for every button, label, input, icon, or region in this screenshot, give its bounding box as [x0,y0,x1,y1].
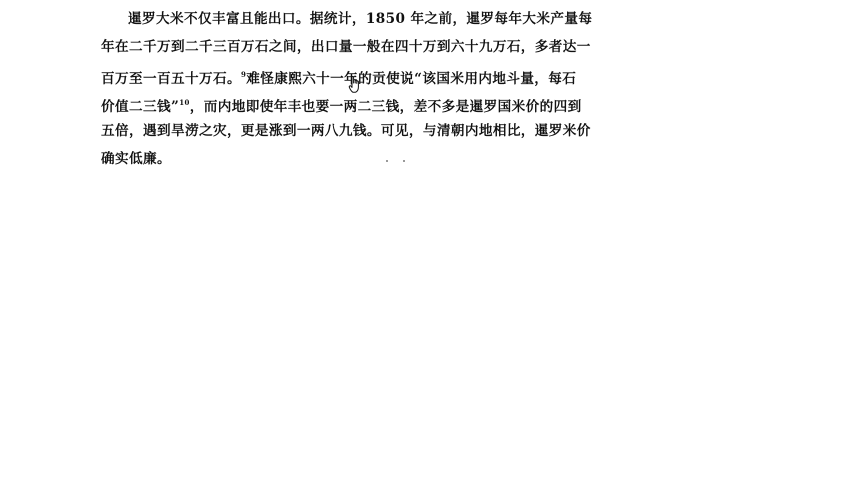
text-segment: ，而内地即使年丰也要一两二三钱，差不多是暹罗国米价的四到 [190,99,582,115]
text-line-4: 价值二三钱”10，而内地即使年丰也要一两二三钱，差不多是暹罗国米价的四到 [101,89,571,117]
body-paragraph: 暹罗大米不仅丰富且能出口。据统计，1850 年之前，暹罗每年大米产量每 年在二千… [101,5,571,173]
text-segment: 难怪康熙六十一年的贡使说“该国米用内地斗量，每石 [246,71,576,87]
text-segment: 价值二三钱” [101,99,179,115]
document-page: 暹罗大米不仅丰富且能出口。据统计，1850 年之前，暹罗每年大米产量每 年在二千… [0,0,865,480]
scan-speck [386,160,388,162]
text-line-2: 年在二千万到二千三百万石之间，出口量一般在四十万到六十九万石，多者达一 [101,33,571,61]
scan-speck [403,160,405,162]
text-line-3: 百万至一百五十万石。9难怪康熙六十一年的贡使说“该国米用内地斗量，每石 [101,61,571,89]
footnote-ref-10[interactable]: 10 [179,98,190,107]
text-line-1: 暹罗大米不仅丰富且能出口。据统计，1850 年之前，暹罗每年大米产量每 [101,5,571,33]
scan-artifact [386,160,406,164]
text-line-5: 五倍，遇到旱涝之灾，更是涨到一两八九钱。可见，与清朝内地相比，暹罗米价 [101,117,571,145]
text-line-6: 确实低廉。 [101,145,571,173]
text-segment: 百万至一百五十万石。 [101,71,241,87]
